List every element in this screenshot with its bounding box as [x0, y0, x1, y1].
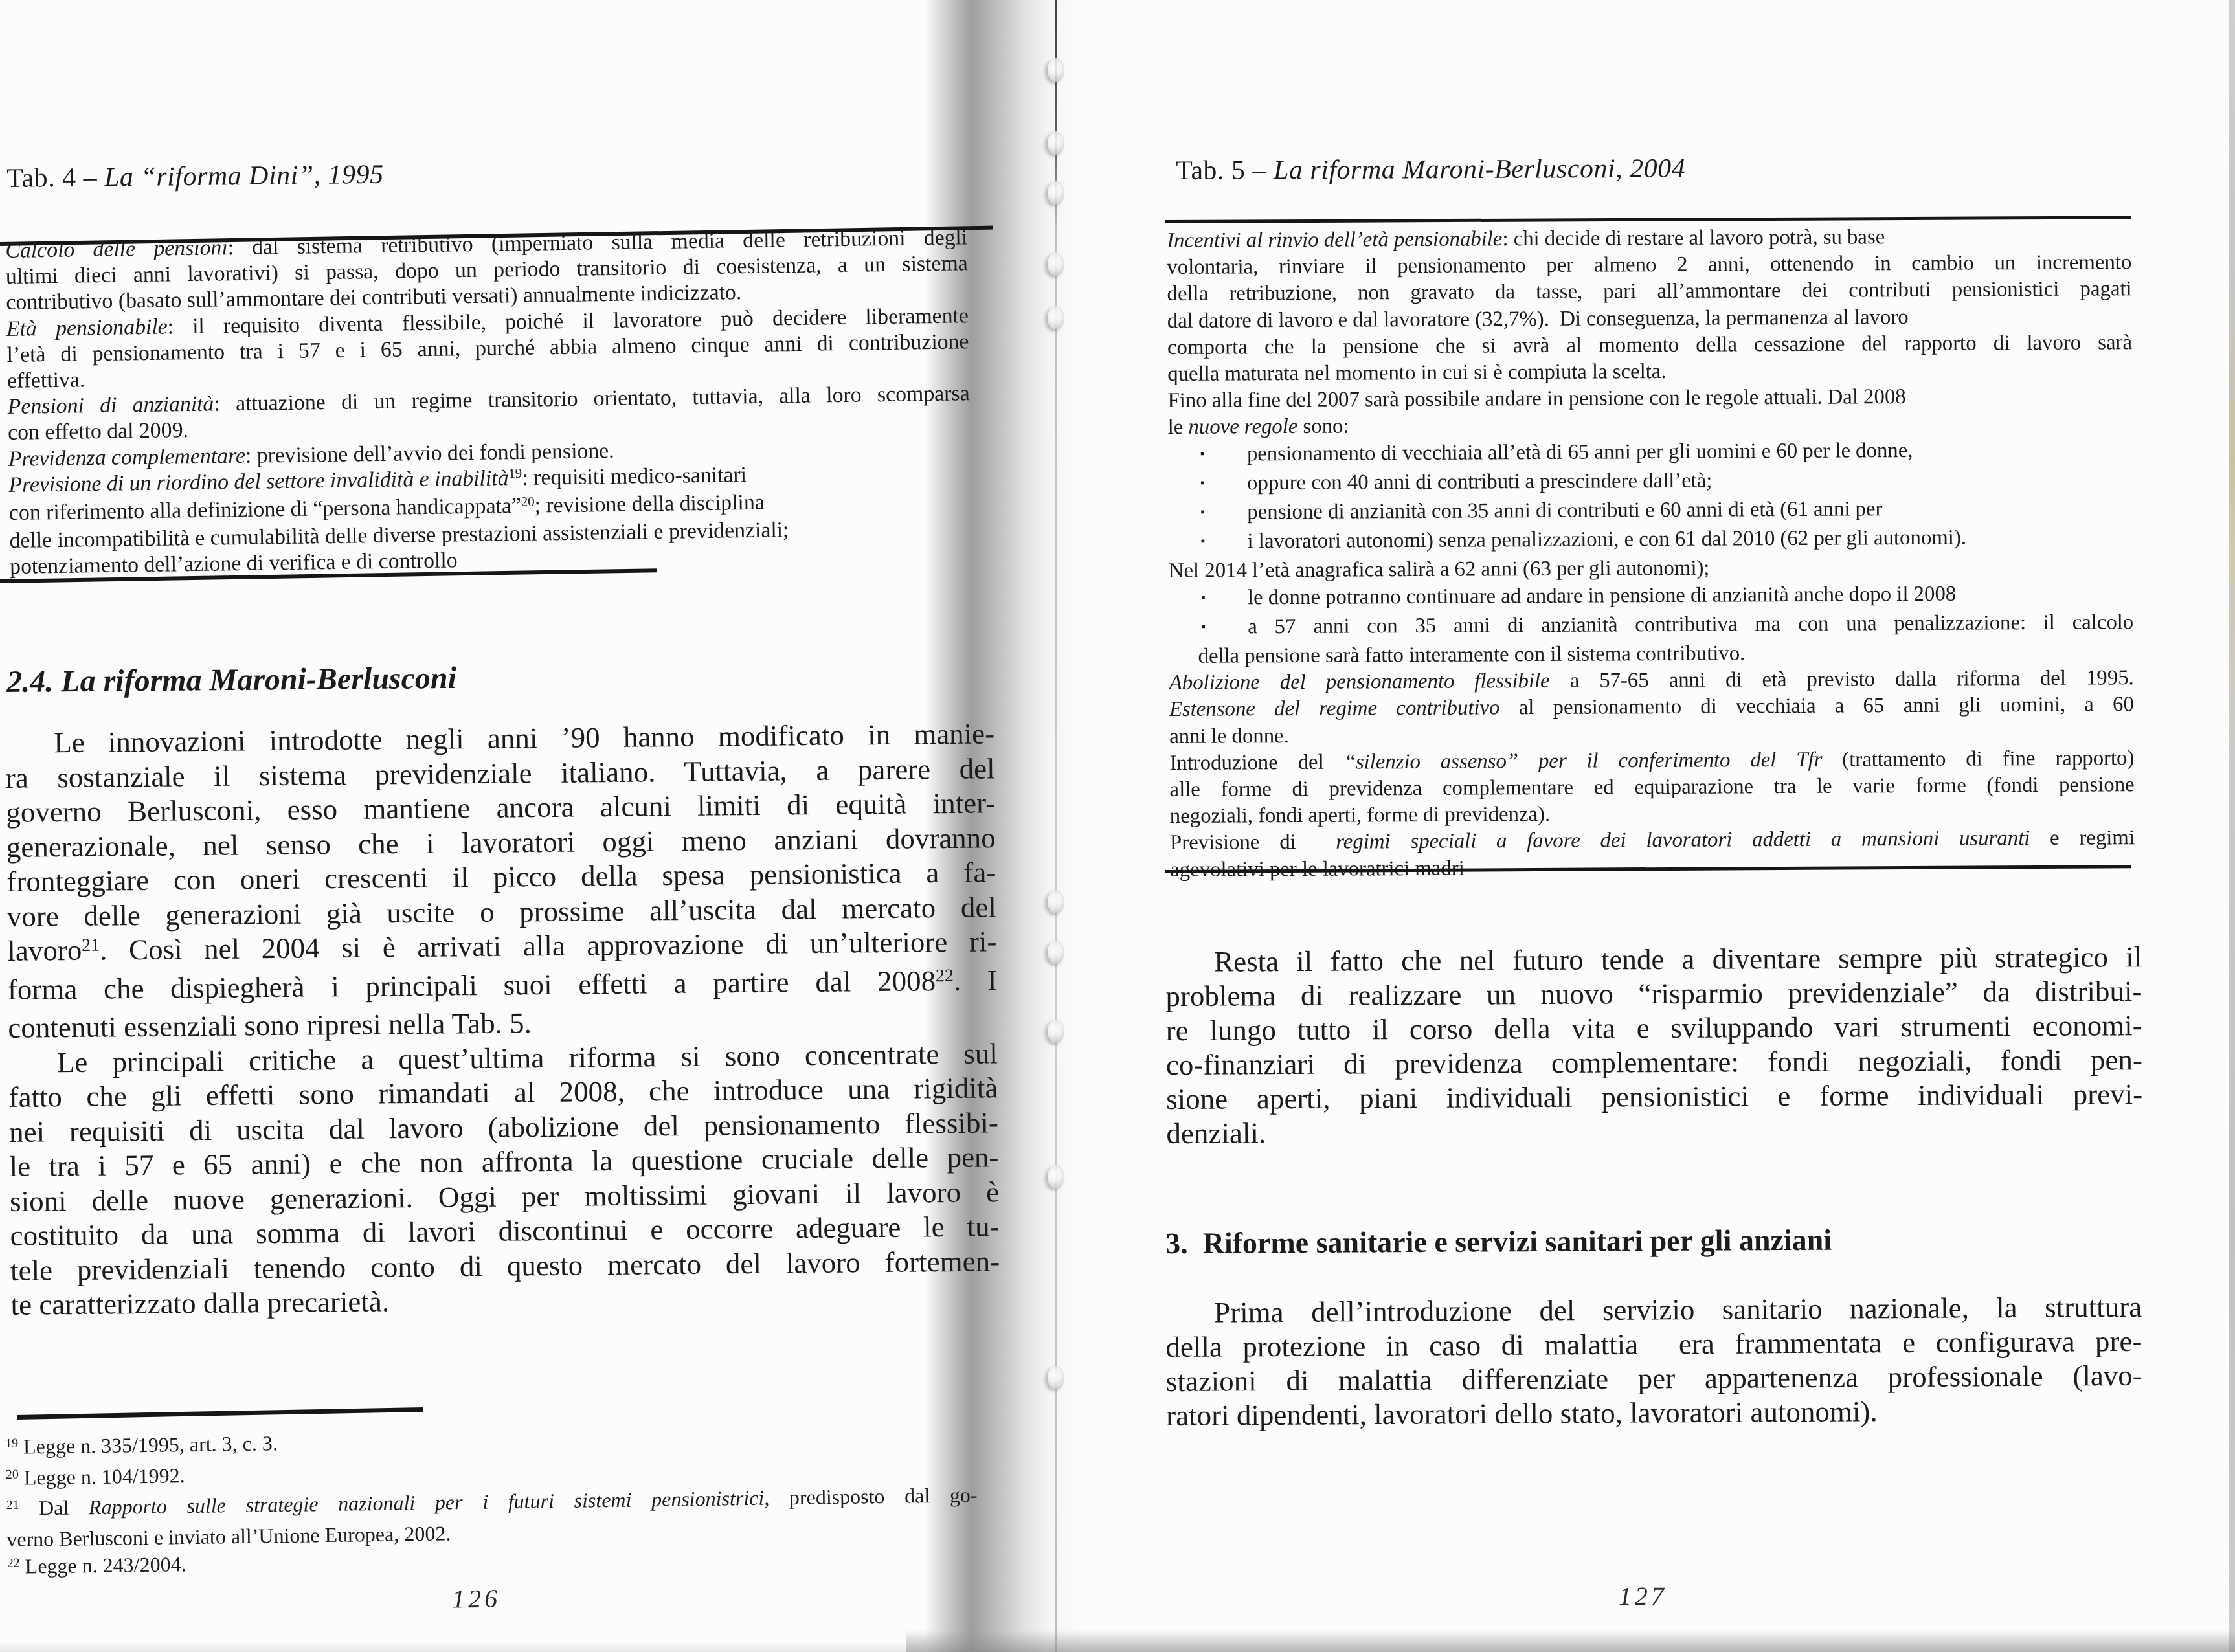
text-segment: effettiva.	[7, 368, 85, 393]
binding-bump	[1048, 306, 1064, 329]
text-segment: , predisposto dal go-	[764, 1483, 978, 1510]
text-segment: denziali.	[1166, 1117, 1266, 1150]
text-segment: nuove regole	[1188, 415, 1297, 439]
right-body-paragraph-2: Prima dell’introduzione del servizio san…	[1165, 1290, 2142, 1433]
text-segment: co-finanziari di previdenza complementar…	[1166, 1044, 2142, 1081]
section-heading-3: 3. Riforme sanitarie e servizi sanitari …	[1165, 1223, 1832, 1260]
text-segment: dal datore di lavoro e dal lavoratore (3…	[1167, 306, 1909, 333]
text-segment: Legge n. 335/1995, art. 3, c. 3.	[18, 1431, 278, 1458]
bullet-icon: ▪	[1201, 613, 1248, 640]
text-segment: pensione di anzianità con 35 anni di con…	[1247, 497, 1882, 524]
binding-bump	[1048, 941, 1064, 964]
footnote-reference: 22	[7, 1556, 20, 1570]
text-segment: volontaria, rinviare il pensionamento pe…	[1167, 251, 2131, 279]
table4-caption-title: La “riforma Dini”, 1995	[104, 160, 384, 193]
table5-body: Incentivi al rinvio dell’età pensionabil…	[1167, 223, 2135, 884]
footnote-separator	[17, 1407, 423, 1420]
text-line: stazioni di malattia differenziate per a…	[1166, 1359, 2142, 1399]
text-segment: contenuti essenziali sono ripresi nella …	[8, 1007, 532, 1044]
text-segment: Estensone del regime contributivo	[1169, 697, 1500, 722]
table5-caption: Tab. 5 – La riforma Maroni-Berlusconi, 2…	[1176, 153, 1685, 186]
text-segment: a 57-65 anni di età previsto dalla rifor…	[1550, 666, 2134, 693]
text-line: della protezione in caso di malattia era…	[1165, 1324, 2142, 1365]
scan-right-edge	[2229, 0, 2235, 1652]
text-line: Prima dell’introduzione del servizio san…	[1165, 1290, 2142, 1330]
text-line: comporta che la pensione che si avrà al …	[1167, 329, 2132, 361]
binding-bump	[1048, 1020, 1064, 1043]
table5-caption-title: La riforma Maroni-Berlusconi, 2004	[1274, 154, 1685, 186]
text-segment: negoziali, fondi aperti, forme di previd…	[1170, 803, 1551, 828]
bullet-icon: ▪	[1200, 469, 1247, 497]
text-segment: della retribuzione, non gravato da tasse…	[1167, 278, 2131, 306]
binding-bump	[1048, 181, 1064, 205]
text-line: Previsione di regimi speciali a favore d…	[1170, 825, 2135, 857]
text-line: sione aperti, piani individuali pensioni…	[1166, 1077, 2142, 1117]
footnote-reference: 20	[521, 493, 535, 509]
footnote-reference: 20	[6, 1467, 19, 1481]
book-scan-spread: { "glyphs": { "bullet": "▪" }, "left": {…	[0, 0, 2235, 1652]
scan-bottom-shadow	[906, 1630, 2235, 1652]
text-line: co-finanziari di previdenza complementar…	[1166, 1043, 2142, 1082]
bullet-icon: ▪	[1200, 528, 1247, 555]
text-segment: a 57 anni con 35 anni di anzianità contr…	[1248, 610, 2133, 638]
text-segment: lavoro	[7, 934, 82, 967]
text-segment: Previsione di	[1170, 831, 1336, 854]
text-segment: Abolizione del pensionamento flessibile	[1169, 669, 1550, 695]
text-line: problema di realizzare un nuovo “risparm…	[1165, 974, 2142, 1014]
text-line: ▪i lavoratori autonomi) senza penalizzaz…	[1168, 524, 2133, 558]
footnote-reference: 21	[6, 1498, 19, 1512]
text-segment: re lungo tutto il corso della vita e svi…	[1166, 1009, 2142, 1047]
text-line: ▪pensionamento di vecchiaia all’età di 6…	[1168, 436, 2133, 471]
text-segment: stazioni di malattia differenziate per a…	[1166, 1359, 2142, 1398]
left-body-paragraphs: Le innovazioni introdotte negli anni ’90…	[5, 717, 1000, 1323]
text-line: re lungo tutto il corso della vita e svi…	[1166, 1009, 2142, 1048]
text-segment: (trattamento di fine rapporto)	[1822, 746, 2134, 772]
text-segment: : chi decide di restare al lavoro potrà,…	[1502, 225, 1885, 251]
text-segment: con effetto dal 2009.	[8, 419, 188, 445]
text-segment: verno Berlusconi e inviato all’Unione Eu…	[6, 1521, 451, 1551]
text-segment: Prima dell’introduzione del servizio san…	[1214, 1291, 2142, 1329]
text-segment: della pensione sarà fatto interamente co…	[1198, 642, 1745, 667]
binding-bump	[1048, 1366, 1064, 1389]
text-segment: Legge n. 104/1992.	[19, 1464, 185, 1490]
text-line: ▪oppure con 40 anni di contributi a pres…	[1168, 465, 2133, 500]
text-segment: regimi speciali a favore dei lavoratori …	[1336, 827, 2030, 854]
book-binding-crease	[1055, 0, 1057, 1652]
text-segment: problema di realizzare un nuovo “risparm…	[1165, 975, 2142, 1012]
text-segment: ratori dipendenti, lavoratori dello stat…	[1166, 1395, 1878, 1432]
bullet-icon: ▪	[1200, 498, 1247, 526]
binding-bump	[1048, 1165, 1064, 1189]
text-segment: della protezione in caso di malattia era…	[1165, 1325, 2142, 1363]
text-line: Estensone del regime contributivo al pen…	[1169, 692, 2134, 724]
bullet-icon: ▪	[1200, 440, 1247, 467]
bullet-icon: ▪	[1201, 584, 1248, 611]
footnotes: 19 Legge n. 335/1995, art. 3, c. 3.20 Le…	[5, 1420, 978, 1583]
text-segment: comporta che la pensione che si avrà al …	[1167, 331, 2132, 359]
text-segment: “silenzio assenso” per il conferimento d…	[1343, 748, 1822, 774]
text-segment: i lavoratori autonomi) senza penalizzazi…	[1247, 526, 1966, 553]
text-line: ▪pensione di anzianità con 35 anni di co…	[1168, 495, 2133, 529]
binding-bump	[1048, 890, 1064, 913]
table4-caption-prefix: Tab. 4 –	[6, 162, 104, 194]
text-segment: : previsione dell’avvio dei fondi pensio…	[245, 439, 614, 468]
text-segment: : requisiti medico-sanitari	[522, 463, 747, 490]
text-segment: sione aperti, piani individuali pensioni…	[1166, 1078, 2142, 1115]
footnote-reference: 21	[82, 935, 100, 955]
text-line: denziali.	[1166, 1111, 2142, 1151]
text-segment: ; revisione della disciplina	[534, 491, 765, 518]
text-line: ▪le donne potranno continuare ad andare …	[1169, 580, 2133, 614]
text-segment: Età pensionabile	[6, 315, 168, 340]
scan-bottom-shadow-left	[0, 1642, 906, 1652]
text-segment: alle forme di previdenza complementare e…	[1169, 773, 2134, 801]
text-segment: Legge n. 243/2004.	[19, 1552, 186, 1578]
text-line: della retribuzione, non gravato da tasse…	[1167, 276, 2131, 308]
table5-caption-prefix: Tab. 5 –	[1176, 155, 1274, 186]
page-number-right: 127	[1619, 1581, 1667, 1612]
binding-bump	[1048, 252, 1064, 276]
text-segment: Calcolo delle pensioni	[5, 236, 228, 263]
text-segment: e regimi	[2030, 827, 2135, 851]
text-segment: le donne potranno continuare ad andare i…	[1248, 582, 1956, 609]
table4-body: Calcolo delle pensioni: dal sistema retr…	[5, 225, 972, 580]
text-segment: . I	[954, 964, 997, 997]
section-heading-2-4: 2.4. La riforma Maroni-Berlusconi	[6, 660, 456, 700]
footnote-reference: 19	[5, 1436, 18, 1451]
text-segment: Introduzione del	[1169, 750, 1343, 774]
right-body-paragraph-1: Resta il fatto che nel futuro tende a di…	[1165, 940, 2143, 1151]
text-segment: al pensionamento di vecchiaia a 65 anni …	[1499, 693, 2134, 720]
text-segment: quella maturata nel momento in cui si è …	[1167, 360, 1666, 386]
text-segment: pensionamento di vecchiaia all’età di 65…	[1247, 439, 1913, 465]
text-segment: le	[1168, 416, 1189, 439]
text-line: ratori dipendenti, lavoratori dello stat…	[1166, 1393, 2142, 1433]
text-line: alle forme di previdenza complementare e…	[1169, 772, 2134, 803]
text-line: ▪a 57 anni con 35 anni di anzianità cont…	[1169, 609, 2133, 643]
text-segment: te caratterizzato dalla precarietà.	[10, 1285, 389, 1321]
table4-caption: Tab. 4 – La “riforma Dini”, 1995	[6, 159, 384, 194]
footnote-reference: 19	[508, 465, 522, 481]
text-segment: oppure con 40 anni di contributi a presc…	[1247, 469, 1712, 495]
text-line: Resta il fatto che nel futuro tende a di…	[1165, 940, 2142, 979]
table5-rule-top	[1165, 216, 2131, 223]
binding-bump	[1048, 58, 1064, 82]
text-segment: Pensioni di anzianità	[7, 392, 214, 419]
text-segment: Fino alla fine del 2007 sarà possibile a…	[1167, 385, 1905, 412]
text-segment: Resta il fatto che nel futuro tende a di…	[1214, 941, 2142, 978]
page-number-left: 126	[452, 1583, 500, 1614]
text-segment: . Così nel 2004 si è arrivati alla appro…	[100, 925, 997, 966]
text-segment: sono:	[1297, 415, 1349, 438]
text-segment: Previdenza complementare	[8, 443, 246, 471]
text-segment: Nel 2014 l’età anagrafica salirà a 62 an…	[1169, 557, 1710, 583]
text-segment: anni le donne.	[1169, 724, 1289, 748]
text-segment: Incentivi al rinvio dell’età pensionabil…	[1167, 227, 1502, 252]
text-segment: Dal	[19, 1495, 89, 1519]
footnote-reference: 22	[936, 966, 954, 986]
binding-bump	[1048, 131, 1064, 155]
